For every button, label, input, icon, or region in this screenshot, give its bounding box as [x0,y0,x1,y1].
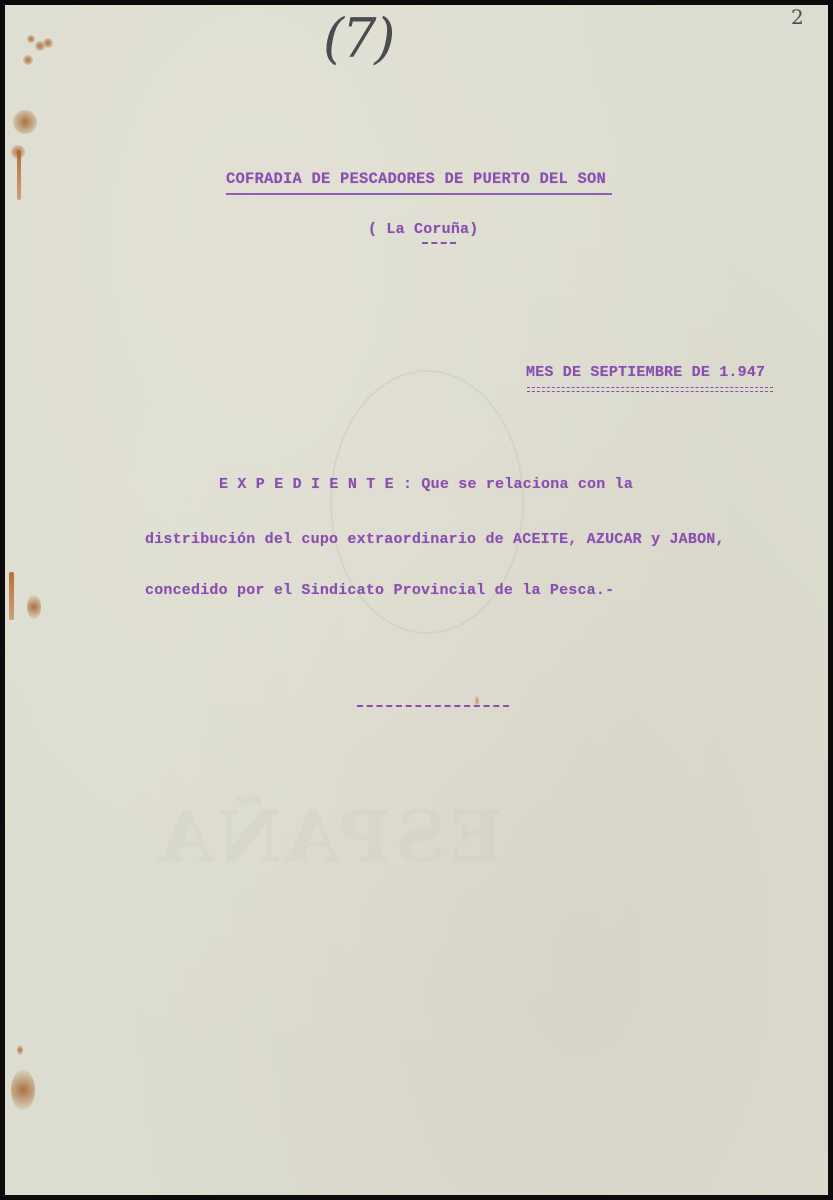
staple-rust-mark [17,150,21,200]
rust-stain [43,38,53,48]
body-line-2: distribución del cupo extraordinario de … [145,531,725,548]
page-number: 2 [791,5,804,29]
staple-rust-mark [9,572,14,620]
document-subtitle: ( La Coruña) [368,221,478,238]
rust-stain [11,1070,35,1110]
document-page: ESPAÑA (7) 2 COFRADIA DE PESCADORES DE P… [5,5,828,1195]
dashed-separator [357,705,509,707]
date-line: MES DE SEPTIEMBRE DE 1.947 [526,364,765,381]
rust-stain [27,595,41,619]
folio-mark: (7) [323,7,394,70]
body-line-3: concedido por el Sindicato Provincial de… [145,582,614,599]
date-double-underline [527,387,773,392]
title-underline [226,193,612,195]
rust-stain [13,110,37,134]
rust-stain [27,35,35,43]
rust-stain [17,1045,23,1055]
subtitle-underline [422,242,456,244]
watermark-text: ESPAÑA [155,795,503,878]
body-line-1: E X P E D I E N T E : Que se relaciona c… [219,476,633,493]
document-title: COFRADIA DE PESCADORES DE PUERTO DEL SON [226,170,606,188]
rust-stain [23,55,33,65]
rust-stain [475,695,479,707]
